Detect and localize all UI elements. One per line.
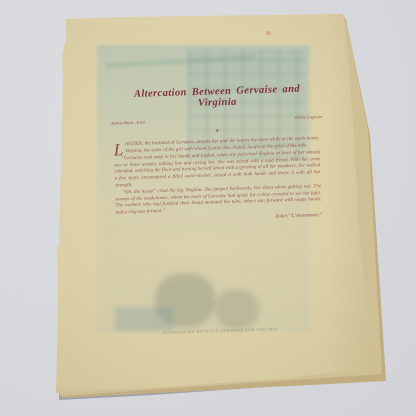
print-lower-detail <box>115 307 173 331</box>
foxing-stain <box>266 31 271 35</box>
photo-background: Altercation Between Gervaise and Virgini… <box>0 0 416 416</box>
engraver-credit: Gillot, Engraver <box>295 114 323 120</box>
body-paragraph: “Oh, the hussy!’ cried the big Virginia.… <box>115 184 322 217</box>
artist-credit: Adrien Marie, Artist <box>111 120 145 126</box>
section-ornament-icon: ▴ <box>111 125 323 137</box>
body-paragraph: “Gervaise took soap in her hands and loo… <box>114 150 321 189</box>
body-text: LANTIER, the husband of Gervaise, desert… <box>114 136 322 217</box>
printed-text-area: Altercation Between Gervaise and Virgini… <box>98 83 332 225</box>
credits-row: Adrien Marie, Artist Gillot, Engraver <box>111 114 323 126</box>
print-figure-detail <box>215 289 259 329</box>
